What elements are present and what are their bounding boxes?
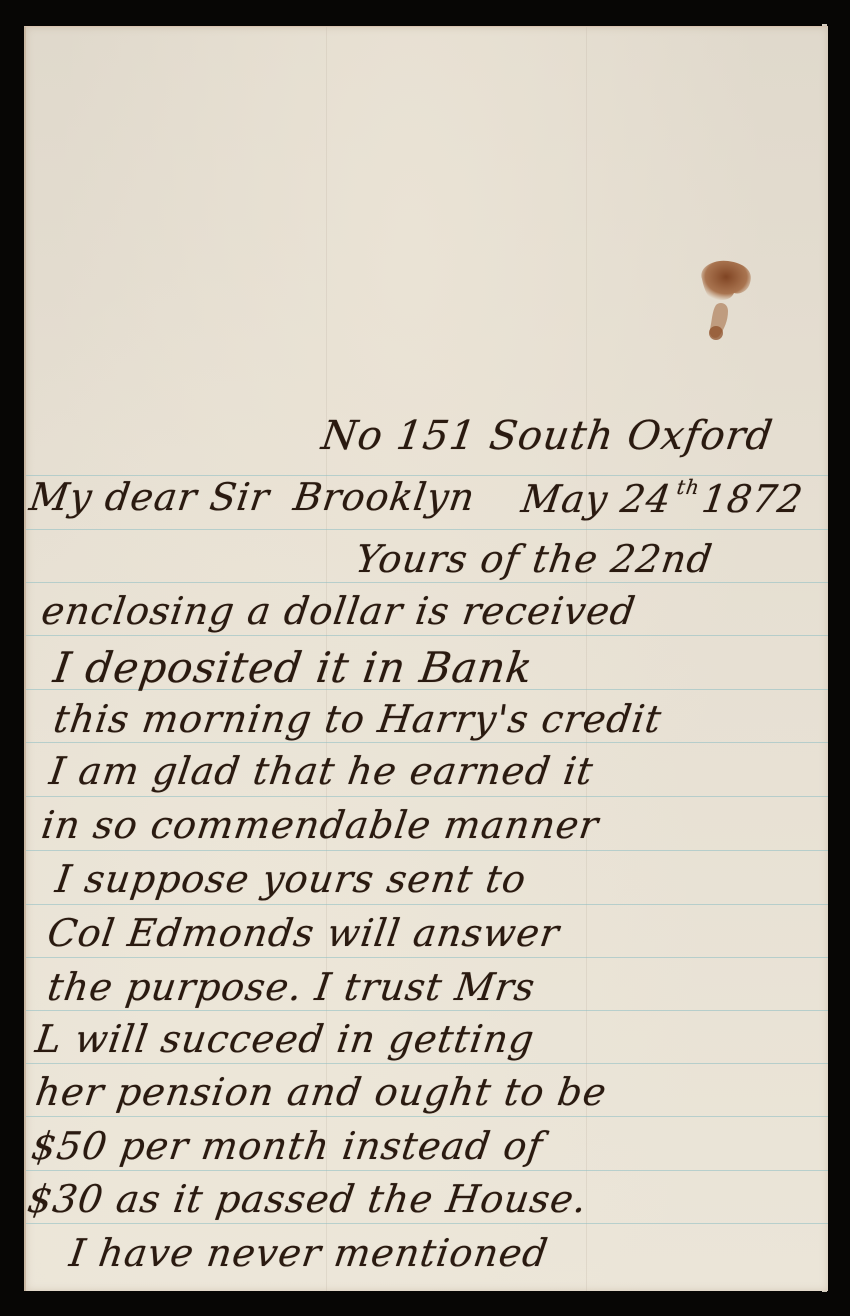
- ruling-line: [26, 529, 828, 530]
- letter-page: No 151 South Oxford My dear Sir Brooklyn…: [24, 26, 828, 1291]
- body-line: L will succeed in getting: [33, 1017, 537, 1061]
- ink-stain-icon: [694, 257, 756, 347]
- letter-salutation: My dear Sir: [27, 475, 273, 519]
- document-viewer: No 151 South Oxford My dear Sir Brooklyn…: [0, 0, 850, 1316]
- ruling-line: [26, 1063, 828, 1064]
- ruling-line: [26, 904, 828, 905]
- ruling-line: [26, 742, 828, 743]
- date-suffix: th: [675, 475, 701, 499]
- body-line: $30 as it passed the House.: [25, 1177, 590, 1221]
- body-line: this morning to Harry's credit: [51, 697, 665, 741]
- letter-address: No 151 South Oxford: [319, 413, 776, 459]
- body-line: I deposited it in Bank: [51, 643, 537, 692]
- ruling-line: [26, 796, 828, 797]
- ruling-line: [26, 1116, 828, 1117]
- date-month-day: May 24: [519, 477, 675, 521]
- body-line: I have never mentioned: [67, 1231, 551, 1275]
- letter-date: May 24th1872: [519, 475, 807, 521]
- body-line: Col Edmonds will answer: [45, 911, 563, 955]
- ruling-line: [26, 635, 828, 636]
- ruling-line: [26, 582, 828, 583]
- letter-place: Brooklyn: [291, 475, 478, 519]
- body-line: I suppose yours sent to: [53, 857, 529, 901]
- ruling-line: [26, 1223, 828, 1224]
- body-line: her pension and ought to be: [33, 1070, 610, 1114]
- body-line: the purpose. I trust Mrs: [45, 965, 538, 1009]
- body-line: $50 per month instead of: [29, 1124, 546, 1168]
- body-line: in so commendable manner: [39, 803, 602, 847]
- body-line: I am glad that he earned it: [47, 749, 596, 793]
- ruling-line: [26, 1010, 828, 1011]
- body-line: enclosing a dollar is received: [39, 589, 639, 633]
- ruling-line: [26, 1170, 828, 1171]
- body-line: Yours of the 22nd: [353, 537, 716, 581]
- ruling-line: [26, 957, 828, 958]
- date-year: 1872: [699, 477, 806, 521]
- ruling-line: [26, 850, 828, 851]
